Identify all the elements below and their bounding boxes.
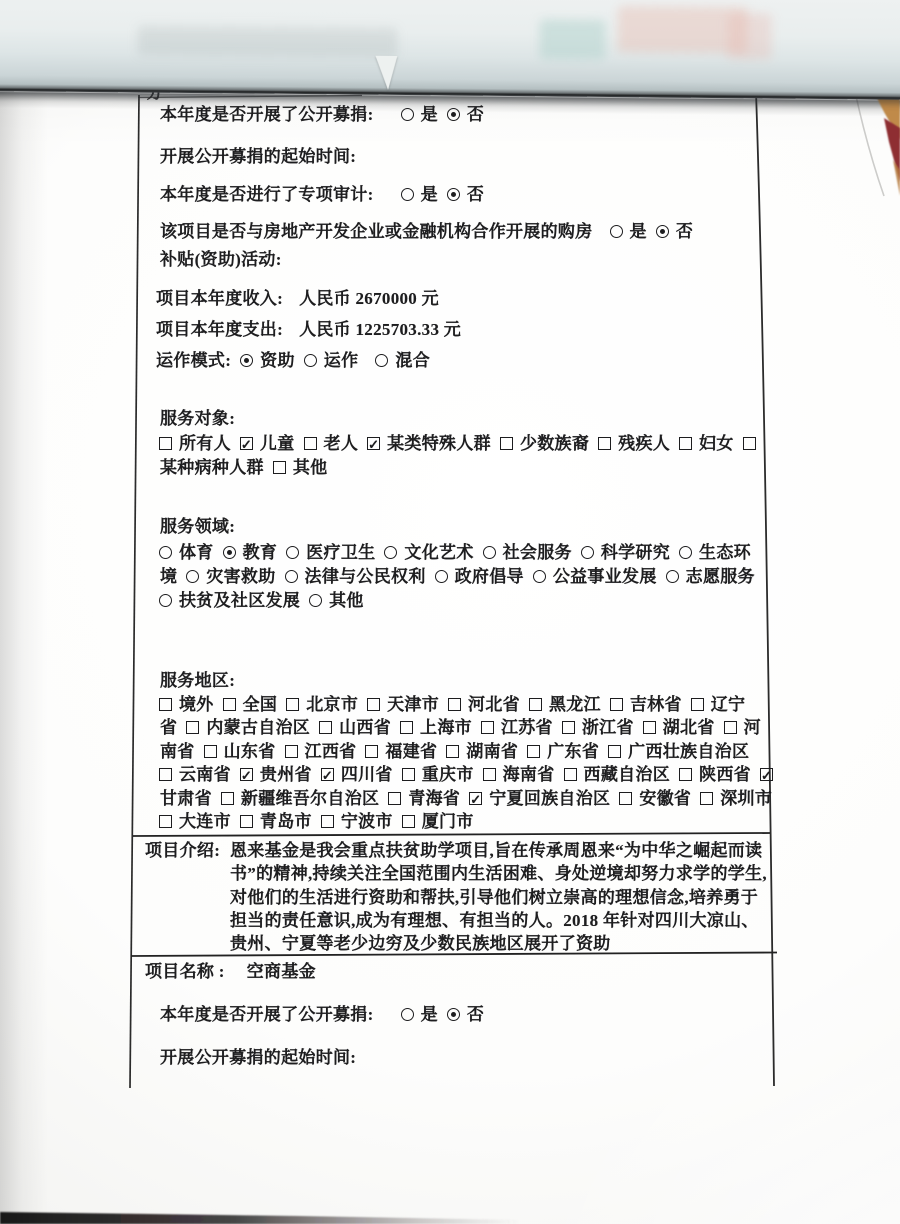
photo-edges (0, 0, 900, 1224)
bleedthrough-patch (539, 19, 605, 60)
bleedthrough-patch (727, 13, 771, 59)
curled-page-top (0, 0, 900, 100)
bottom-page-edge-shadow (0, 1212, 520, 1224)
page-fold-notch (375, 56, 397, 90)
bleedthrough-patch (137, 25, 397, 57)
